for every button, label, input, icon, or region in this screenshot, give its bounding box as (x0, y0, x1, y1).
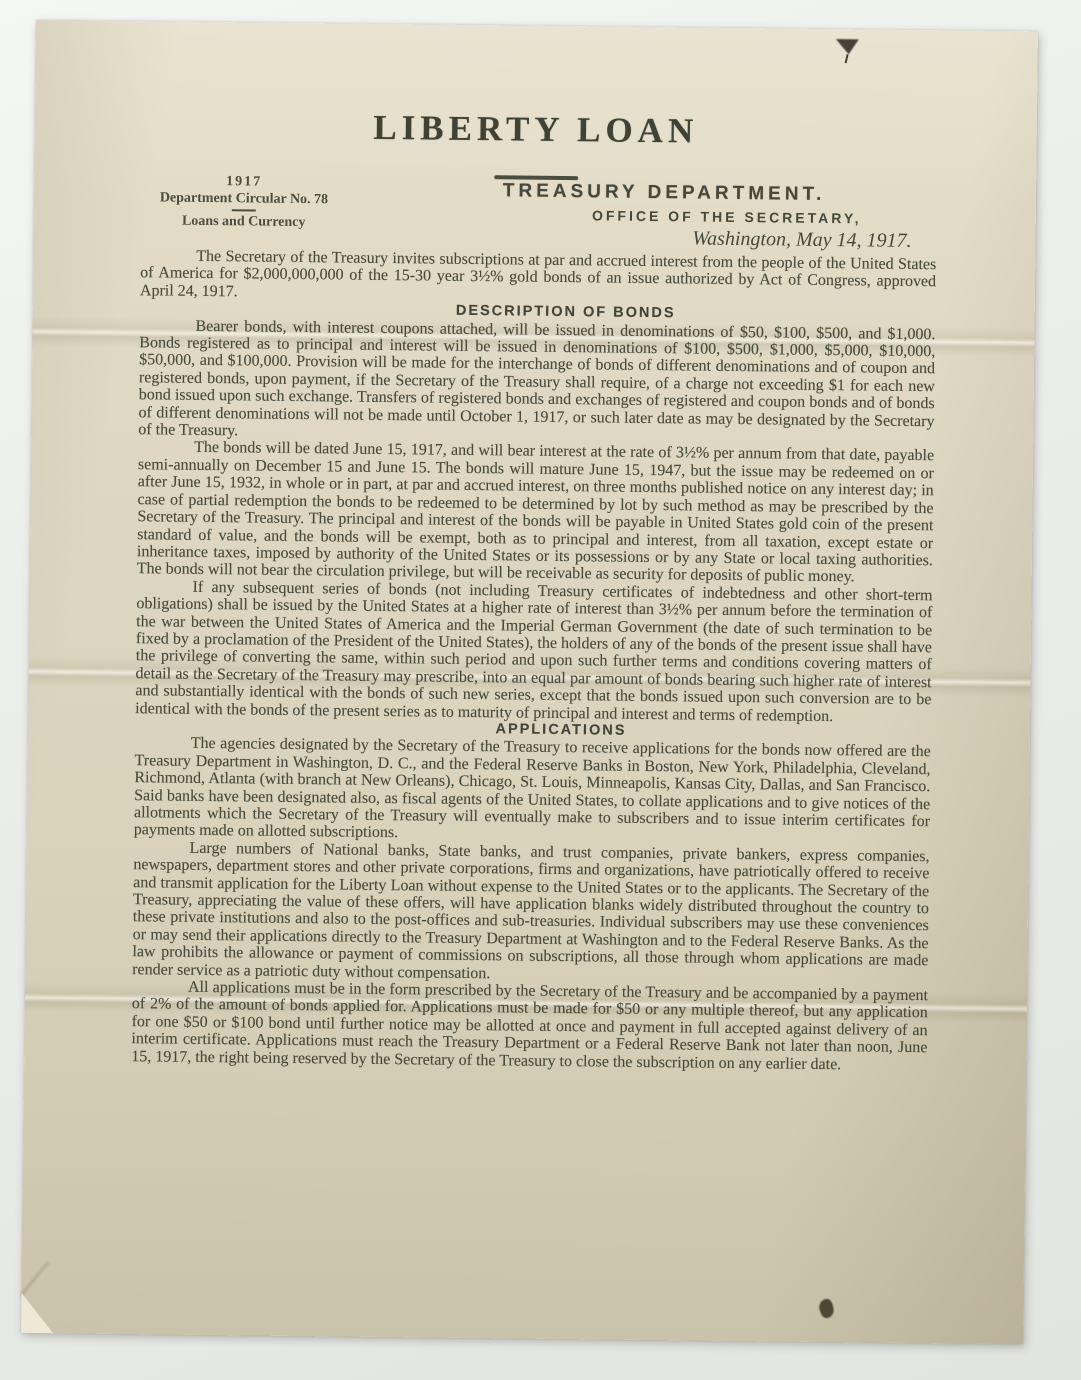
document-paper: LIBERTY LOAN 1917 Department Circular No… (21, 20, 1038, 1344)
dateline: Washington, May 14, 1917. (413, 224, 933, 253)
photo-background: { "document": { "title": "LIBERTY LOAN",… (0, 0, 1081, 1380)
applications-paragraph-3: All applications must be in the form pre… (131, 978, 928, 1074)
issuer-block: TREASURY DEPARTMENT. OFFICE OF THE SECRE… (413, 179, 934, 253)
corner-fold-shadow (19, 1261, 49, 1297)
circular-rule (232, 209, 256, 211)
circular-info-block: 1917 Department Circular No. 78 Loans an… (134, 173, 355, 231)
office-name: OFFICE OF THE SECRETARY, (467, 206, 987, 228)
corner-fold-bottom-left (21, 1293, 53, 1333)
ink-blot-bottom (818, 1298, 834, 1319)
document-title: LIBERTY LOAN (35, 104, 1037, 155)
circular-year: 1917 (134, 173, 354, 191)
ink-mark-top-edge-tail (845, 54, 849, 63)
description-paragraph-1: Bearer bonds, with interest coupons atta… (138, 317, 935, 448)
circular-number: Department Circular No. 78 (134, 190, 354, 208)
ink-mark-top-edge (836, 39, 859, 54)
applications-paragraph-2: Large numbers of National banks, State b… (132, 839, 930, 987)
applications-paragraph-1: The agencies designated by the Secretary… (134, 735, 931, 848)
document-body: The Secretary of the Treasury invites su… (131, 247, 936, 1074)
description-paragraph-3: If any subsequent series of bonds (not i… (135, 578, 933, 726)
description-paragraph-2: The bonds will be dated June 15, 1917, a… (137, 439, 935, 587)
circular-division: Loans and Currency (134, 213, 354, 231)
department-name: TREASURY DEPARTMENT. (404, 179, 924, 207)
intro-paragraph: The Secretary of the Treasury invites su… (140, 247, 937, 308)
